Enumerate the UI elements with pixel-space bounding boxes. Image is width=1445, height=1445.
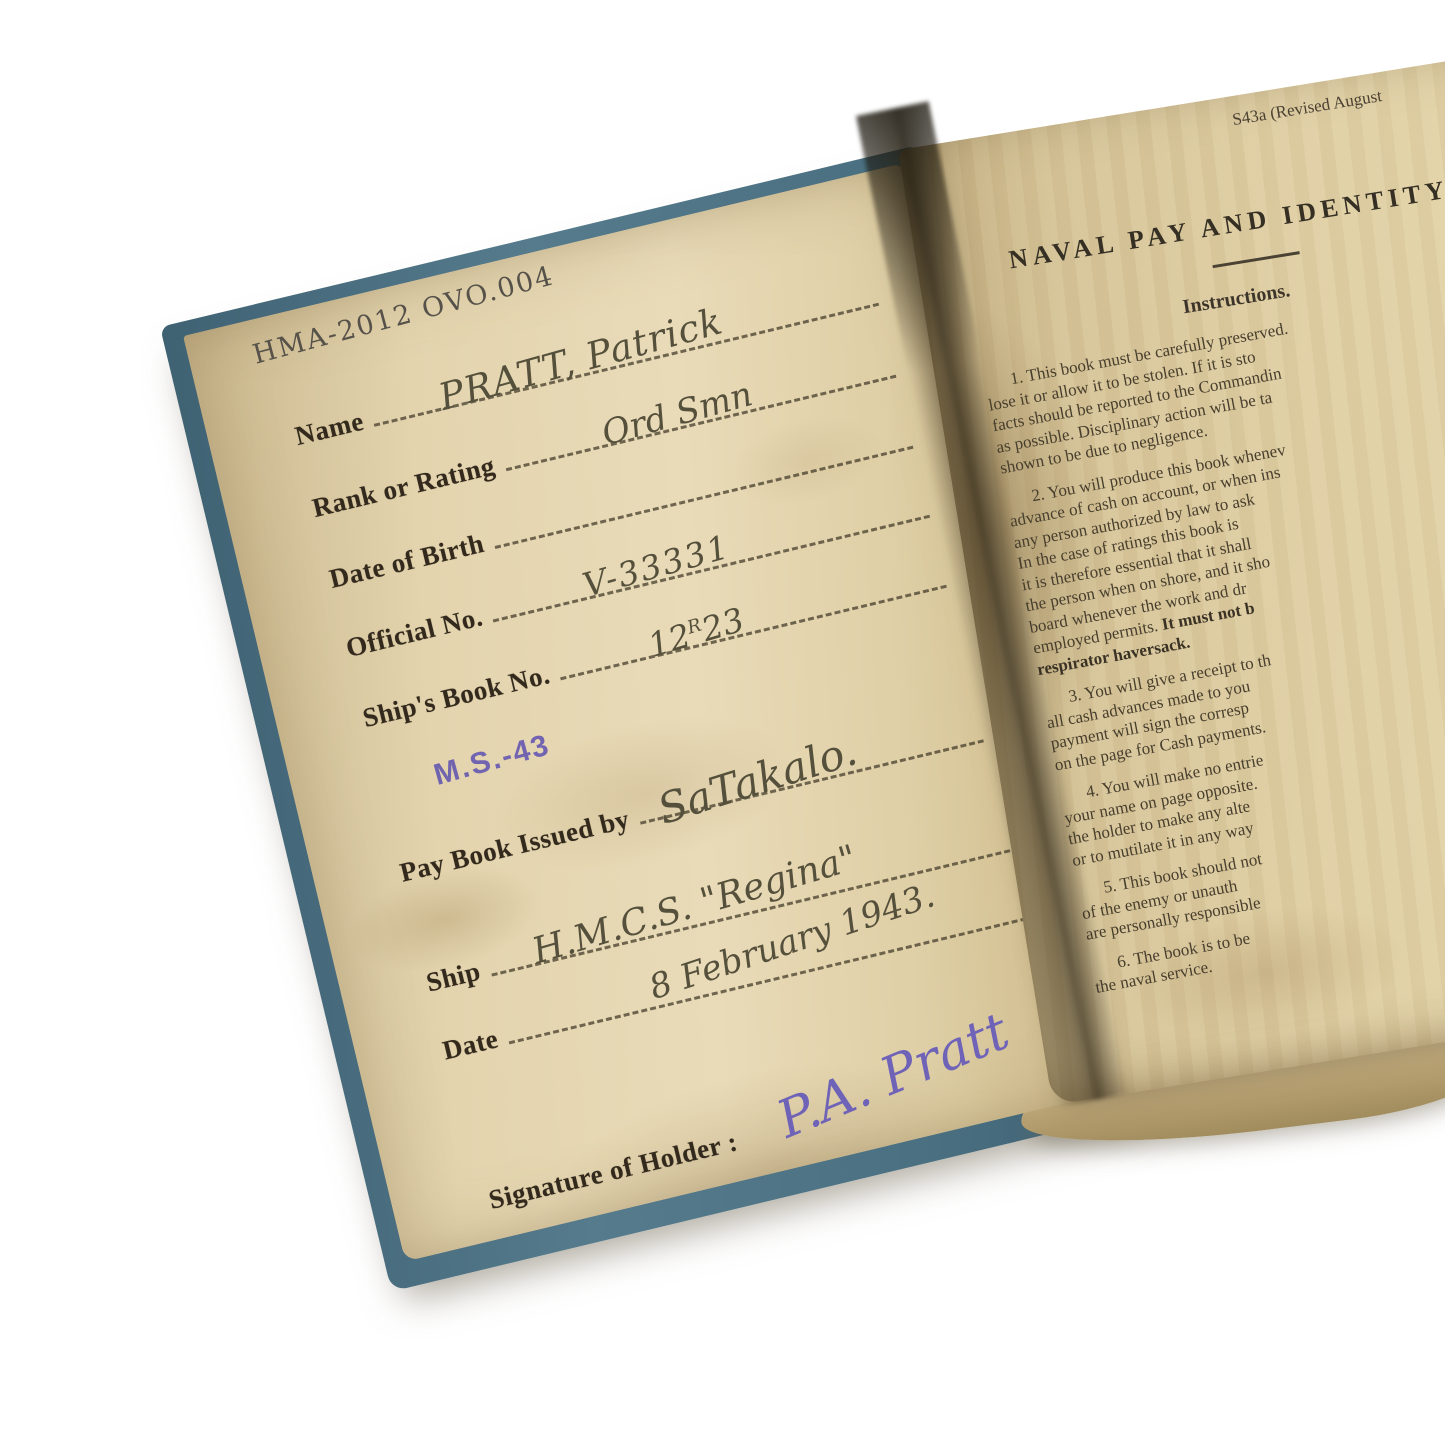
form-number: S43a (Revised August: [1231, 86, 1383, 130]
pay-book-issued-by-label: Pay Book Issued by: [397, 804, 633, 889]
ships-book-no-value: 12R23: [644, 600, 749, 665]
rank-label: Rank or Rating: [309, 450, 498, 524]
rank-value: Ord Smn: [598, 374, 757, 454]
instructions-heading: Instructions.: [1181, 279, 1292, 319]
instruction-paragraph-2: 2. You will produce this book whenev adv…: [1004, 434, 1342, 680]
name-label: Name: [292, 406, 367, 452]
official-no-value: V-33331: [579, 527, 735, 605]
photo-frame: HMA-2012 OVO.004 Name PRATT, Patrick Ran…: [0, 0, 1445, 1445]
ship-label: Ship: [423, 956, 483, 999]
official-no-label: Official No.: [343, 601, 486, 664]
ships-book-no-label: Ship's Book No.: [360, 659, 553, 734]
issuing-office-stamp: M.S.-43: [430, 728, 554, 793]
date-label: Date: [440, 1023, 502, 1066]
ships-book-no-base2: 23: [697, 600, 748, 649]
title-rule: [1212, 251, 1299, 268]
date-of-birth-label: Date of Birth: [326, 528, 487, 595]
pay-book-issued-by-signature: SaTakalo.: [652, 725, 863, 834]
instructions-text: 1. This book must be carefully preserved…: [983, 318, 1403, 1009]
page-title: NAVAL PAY AND IDENTITY BO: [1007, 165, 1445, 275]
